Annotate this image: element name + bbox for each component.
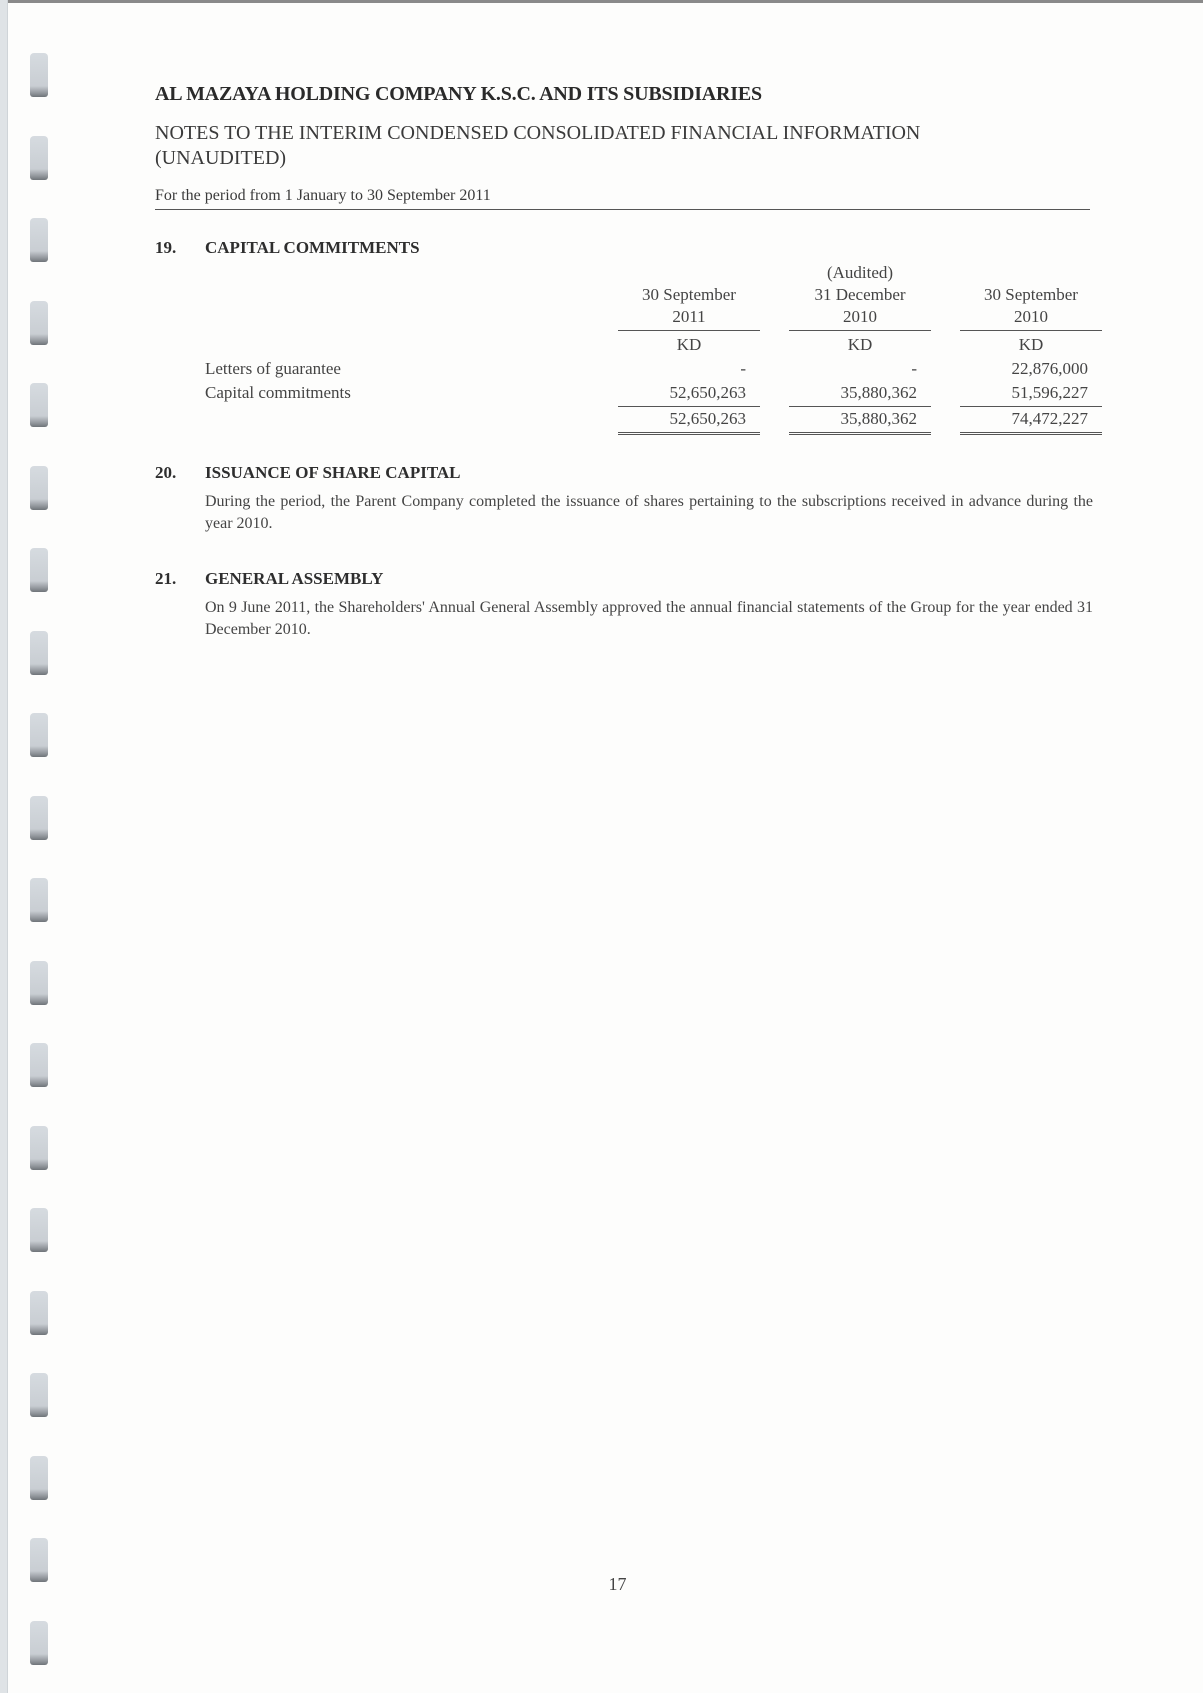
subtotal-rule <box>618 406 760 407</box>
page-number: 17 <box>0 1574 1203 1595</box>
header-underline <box>618 330 760 331</box>
section-20-title: ISSUANCE OF SHARE CAPITAL <box>205 463 461 483</box>
binder-hole <box>30 1621 48 1665</box>
total-cell: 74,472,227 <box>960 409 1102 429</box>
binder-hole <box>30 548 48 592</box>
column-header-year: 2011 <box>618 307 760 327</box>
section-19-title: CAPITAL COMMITMENTS <box>205 238 420 258</box>
column-header-year: 2010 <box>960 307 1102 327</box>
binder-hole <box>30 1126 48 1170</box>
section-20-number: 20. <box>155 463 176 483</box>
column-unit: KD <box>960 335 1102 355</box>
subtotal-rule <box>960 406 1102 407</box>
column-header-date: 30 September <box>960 285 1102 305</box>
section-19-number: 19. <box>155 238 176 258</box>
binder-hole <box>30 466 48 510</box>
binder-hole <box>30 1456 48 1500</box>
company-name: AL MAZAYA HOLDING COMPANY K.S.C. AND ITS… <box>155 83 762 106</box>
section-21-number: 21. <box>155 569 176 589</box>
binder-hole <box>30 961 48 1005</box>
column-header-year: 2010 <box>789 307 931 327</box>
table-cell: 51,596,227 <box>960 383 1102 403</box>
table-cell: 35,880,362 <box>789 383 931 403</box>
binder-hole <box>30 1373 48 1417</box>
binder-hole <box>30 1291 48 1335</box>
binder-hole <box>30 53 48 97</box>
binder-hole <box>30 383 48 427</box>
binder-hole <box>30 1043 48 1087</box>
binder-hole <box>30 878 48 922</box>
scan-left-edge <box>0 0 8 1693</box>
table-cell: - <box>789 359 931 379</box>
binder-hole <box>30 796 48 840</box>
subtotal-rule <box>789 406 931 407</box>
binder-hole <box>30 1208 48 1252</box>
section-20-text: During the period, the Parent Company co… <box>205 491 1093 535</box>
column-header-date: 31 December <box>789 285 931 305</box>
total-double-rule <box>789 432 931 435</box>
header-underline <box>789 330 931 331</box>
section-21-title: GENERAL ASSEMBLY <box>205 569 383 589</box>
total-cell: 35,880,362 <box>789 409 931 429</box>
period-subtitle: For the period from 1 January to 30 Sept… <box>155 187 491 205</box>
binder-hole <box>30 218 48 262</box>
header-divider <box>155 209 1090 210</box>
binder-hole <box>30 713 48 757</box>
column-note: (Audited) <box>789 263 931 283</box>
binder-hole <box>30 631 48 675</box>
column-unit: KD <box>618 335 760 355</box>
scan-top-edge <box>0 0 1203 3</box>
column-header-date: 30 September <box>618 285 760 305</box>
row-label-capital-commitments: Capital commitments <box>205 383 351 403</box>
binder-hole <box>30 301 48 345</box>
row-label-letters-of-guarantee: Letters of guarantee <box>205 359 341 379</box>
total-double-rule <box>960 432 1102 435</box>
document-title: NOTES TO THE INTERIM CONDENSED CONSOLIDA… <box>155 121 1035 171</box>
table-cell: 52,650,263 <box>618 383 760 403</box>
total-double-rule <box>618 432 760 435</box>
binder-hole <box>30 136 48 180</box>
total-cell: 52,650,263 <box>618 409 760 429</box>
section-21-text: On 9 June 2011, the Shareholders' Annual… <box>205 597 1093 641</box>
column-unit: KD <box>789 335 931 355</box>
table-cell: 22,876,000 <box>960 359 1102 379</box>
header-underline <box>960 330 1102 331</box>
table-cell: - <box>618 359 760 379</box>
